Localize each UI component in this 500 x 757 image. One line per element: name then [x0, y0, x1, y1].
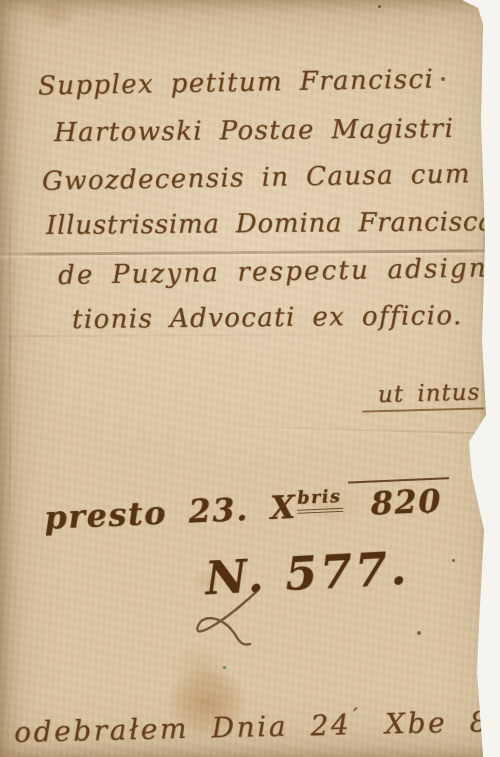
pen-flourish — [178, 590, 278, 654]
docket-month-superscript: bris — [296, 486, 343, 514]
manuscript-line-6: tionis Advocati ex officio. — [72, 301, 463, 335]
receipt-month: Xbe — [385, 706, 448, 740]
receipt-day-mark: ′ — [353, 704, 361, 727]
scanned-document: Supplex petitum Francisci Hartowski Post… — [0, 0, 500, 757]
ink-speck — [452, 559, 455, 562]
manuscript-line-4: Illustrissima Domina Francisca — [46, 207, 495, 241]
ink-speck — [441, 77, 445, 81]
manuscript-line-2: Hartowski Postae Magistri — [54, 114, 455, 148]
ink-speck — [417, 631, 421, 635]
receipt-year: 820 — [469, 704, 500, 738]
docket-year-overlined: 820 — [348, 477, 451, 523]
ink-speck — [378, 5, 381, 8]
green-speck — [223, 666, 226, 669]
annotation-ut-intus: ut intus — [362, 379, 485, 412]
manuscript-paper: Supplex petitum Francisci Hartowski Post… — [0, 0, 500, 757]
